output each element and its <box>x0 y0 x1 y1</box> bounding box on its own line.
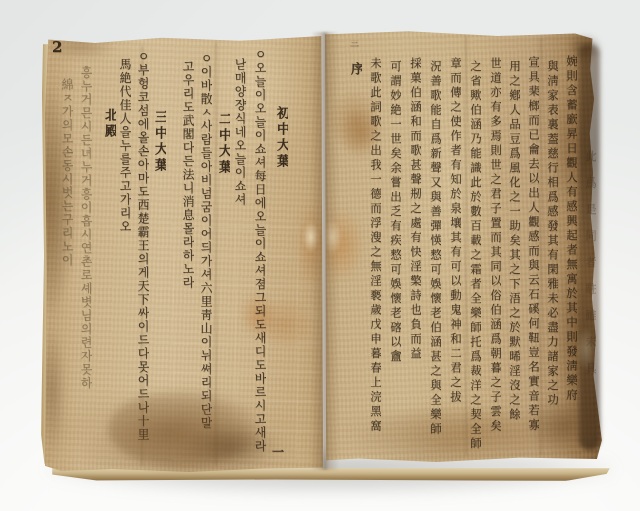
manuscript-photo: { "photo": { "subject": "Opened hand-wri… <box>0 0 640 511</box>
hanmun-col-10: 可謂妙絶一世矣余嘗出乏有疾憗可娛懷老碦以盦 <box>383 60 401 405</box>
hanmun-col-damaged: 此爲是同者駐雖未具 <box>578 150 596 450</box>
song-ibasa-col-2: 고우리도武閣다든法니消息몰라하노라 <box>176 60 194 305</box>
hanmun-col-5: 世道亦有多焉則世之君子置而其同以俗伯涵爲朝暮之子雲矣 <box>483 57 501 452</box>
hanmun-col-6: 之省歟伯涵乃能識此於數百載之霜者全樂師托爲裁洋之契全師 <box>463 60 481 452</box>
song-bukjeon-col-1: 흥누거믄시든녀누거흥이흡시연촌로셰볏님의련자못하 <box>74 66 92 436</box>
page-number: 2 <box>52 40 70 55</box>
header-samjung-daeyeop: 三中大葉 <box>148 110 166 190</box>
hanmun-col-8: 況善歌能自爲新聲又與善彈愥憗可娛懷老伯涵甚之與全樂師 <box>423 60 441 452</box>
song-oneuri-col-1: ㅇ오늘이오늘이쇼셔每日에오늘이쇼셔졈그되도새디도바르시고새라 <box>248 48 266 452</box>
smudge-mark: 三 <box>350 40 368 49</box>
song-buheong-col-1: ㅇ부헝코섬에올손아마도西楚霸王의게天下싸이드다못어드나十里 <box>131 50 149 452</box>
hanmun-col-1: 婉則含蓄廞昇日觀人有感興起者無寓於其中則發淸樂府 <box>559 55 577 453</box>
song-oneuri-col-2: 낟매양쟝식네오늘이쇼셔 <box>228 58 246 238</box>
hanmun-col-9: 採菓伯涵和而歌甚聲剏之處有快淫檠詩也負而益 <box>403 57 421 397</box>
song-ibasa-col-1: ㅇ이바散ㅅ사람들아비넘굼이어듸가셔六里靑山이뉘쎠리되단말 <box>194 52 212 452</box>
hanmun-col-7: 章而傳之使作者有知於泉壤其有可以動鬼神和二君之拔 <box>443 57 461 452</box>
section-label-seo: 序 <box>344 62 362 92</box>
song-bukjeon-col-2: 綿ㅈ가의모손동시벗는구리노이 <box>55 78 73 378</box>
hanmun-col-11: 未歌此詞歌之出我一德而浮溲之無淫褻歲戊申暮春上浣黑窩 <box>363 57 381 452</box>
hanmun-col-3: 宣具棐榔而已龠去以出人觀感而與云石磎何靵豈名實音若寡 <box>521 56 539 452</box>
hanmun-col-2: 與淸家表裏葢慈行相爲感發其有閑雅未必盡力諸家之功 <box>540 60 558 452</box>
header-bukjeon: 北殿 <box>98 108 116 154</box>
ink-dash-mark: 一 <box>272 446 290 458</box>
hanmun-col-4: 用之鄕人品豆爲風化之一助矣其之下浯之於默晞淫沒之餘 <box>502 60 520 452</box>
header-chojung-daeyeop: 初中大葉 <box>270 106 288 186</box>
song-buheong-col-2: 馬絶代佳人을누를주고가리오 <box>113 58 131 258</box>
header-ijung-daeyeop: 二中大葉 <box>212 112 230 192</box>
manuscript-text-layer: 2初中大葉ㅇ오늘이오늘이쇼셔每日에오늘이쇼셔졈그되도새디도바르시고새라낟매양쟝식… <box>0 0 640 511</box>
